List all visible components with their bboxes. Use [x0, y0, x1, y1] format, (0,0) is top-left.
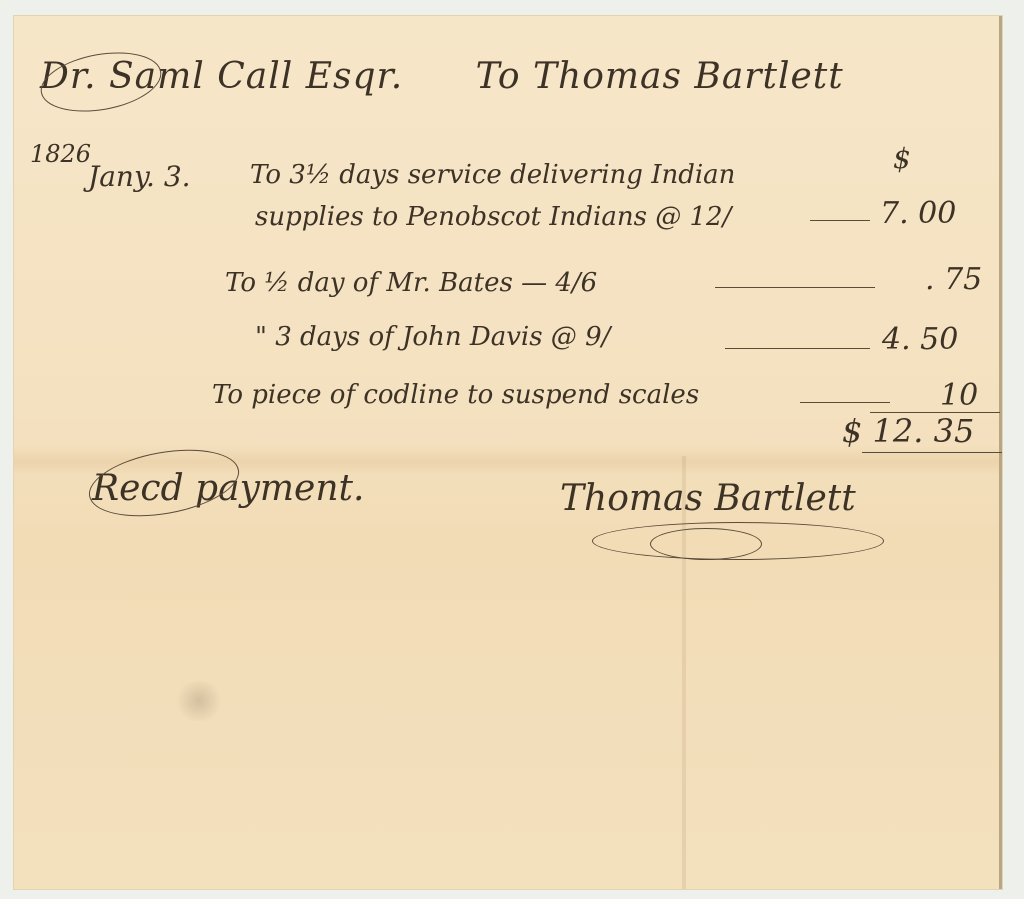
item-3-line: " 3 days of John Davis @ 9/: [255, 322, 610, 352]
item-4-amount: 10: [940, 378, 978, 413]
total-amount: $ 12. 35: [842, 412, 974, 450]
leader-line: [800, 402, 890, 403]
leader-line: [725, 348, 870, 349]
signature: Thomas Bartlett: [560, 478, 856, 519]
currency-symbol: $: [893, 142, 911, 175]
item-1-amount: 7. 00: [880, 196, 956, 231]
creditor-name: Thomas Bartlett: [533, 56, 844, 97]
leader-line: [810, 220, 870, 221]
year: 1826: [30, 140, 91, 168]
leader-line: [715, 287, 875, 288]
item-1-line-1: To 3½ days service delivering Indian: [250, 160, 735, 190]
item-3-amount: 4. 50: [882, 322, 958, 357]
item-1-line-2: supplies to Penobscot Indians @ 12/: [255, 202, 731, 232]
date: Jany. 3.: [88, 160, 191, 193]
ink-smudge: [174, 681, 224, 721]
creditor-prefix: To: [476, 56, 521, 97]
fold-crease-vertical: [682, 456, 686, 889]
signature-flourish-inner: [650, 528, 762, 560]
item-4-line: To piece of codline to suspend scales: [212, 380, 699, 410]
item-2-amount: . 75: [925, 262, 982, 297]
total-underline: [862, 452, 1002, 453]
item-2-line: To ½ day of Mr. Bates — 4/6: [225, 268, 597, 298]
